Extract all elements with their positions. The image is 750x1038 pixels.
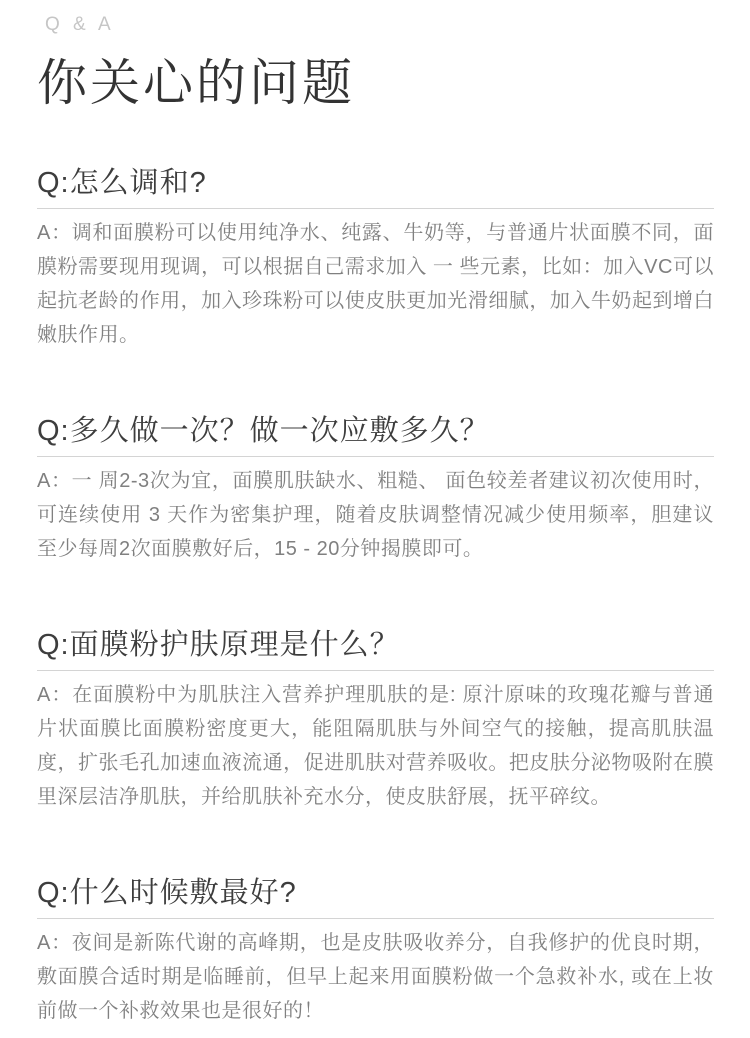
qa-section-1: Q:怎么调和? A：调和面膜粉可以使用纯净水、纯露、牛奶等，与普通片状面膜不同，… — [37, 166, 714, 352]
page-title: 你关心的问题 — [37, 54, 714, 112]
qa-section-2: Q:多久做一次？做一次应敷多久？ A：一 周2-3次为宜，面膜肌肤缺水、粗糙、 … — [37, 414, 714, 566]
answer-text-3: A：在面膜粉中为肌肤注入营养护理肌肤的是: 原汁原味的玫瑰花瓣与普通片状面膜比面… — [37, 678, 714, 814]
qa-section-label: Q & A — [45, 14, 714, 36]
question-heading-1: Q:怎么调和? — [37, 166, 714, 209]
answer-text-4: A：夜间是新陈代谢的高峰期，也是皮肤吸收养分，自我修护的优良时期，敷面膜合适时期… — [37, 926, 714, 1028]
question-heading-4: Q:什么时候敷最好? — [37, 876, 714, 919]
question-heading-2: Q:多久做一次？做一次应敷多久？ — [37, 414, 714, 457]
qa-section-3: Q:面膜粉护肤原理是什么？ A：在面膜粉中为肌肤注入营养护理肌肤的是: 原汁原味… — [37, 628, 714, 814]
qa-section-4: Q:什么时候敷最好? A：夜间是新陈代谢的高峰期，也是皮肤吸收养分，自我修护的优… — [37, 876, 714, 1028]
answer-text-2: A：一 周2-3次为宜，面膜肌肤缺水、粗糙、 面色较差者建议初次使用时，可连续使… — [37, 464, 714, 566]
answer-text-1: A：调和面膜粉可以使用纯净水、纯露、牛奶等，与普通片状面膜不同，面膜粉需要现用现… — [37, 216, 714, 352]
question-heading-3: Q:面膜粉护肤原理是什么？ — [37, 628, 714, 671]
qa-page: Q & A 你关心的问题 Q:怎么调和? A：调和面膜粉可以使用纯净水、纯露、牛… — [0, 0, 750, 1028]
